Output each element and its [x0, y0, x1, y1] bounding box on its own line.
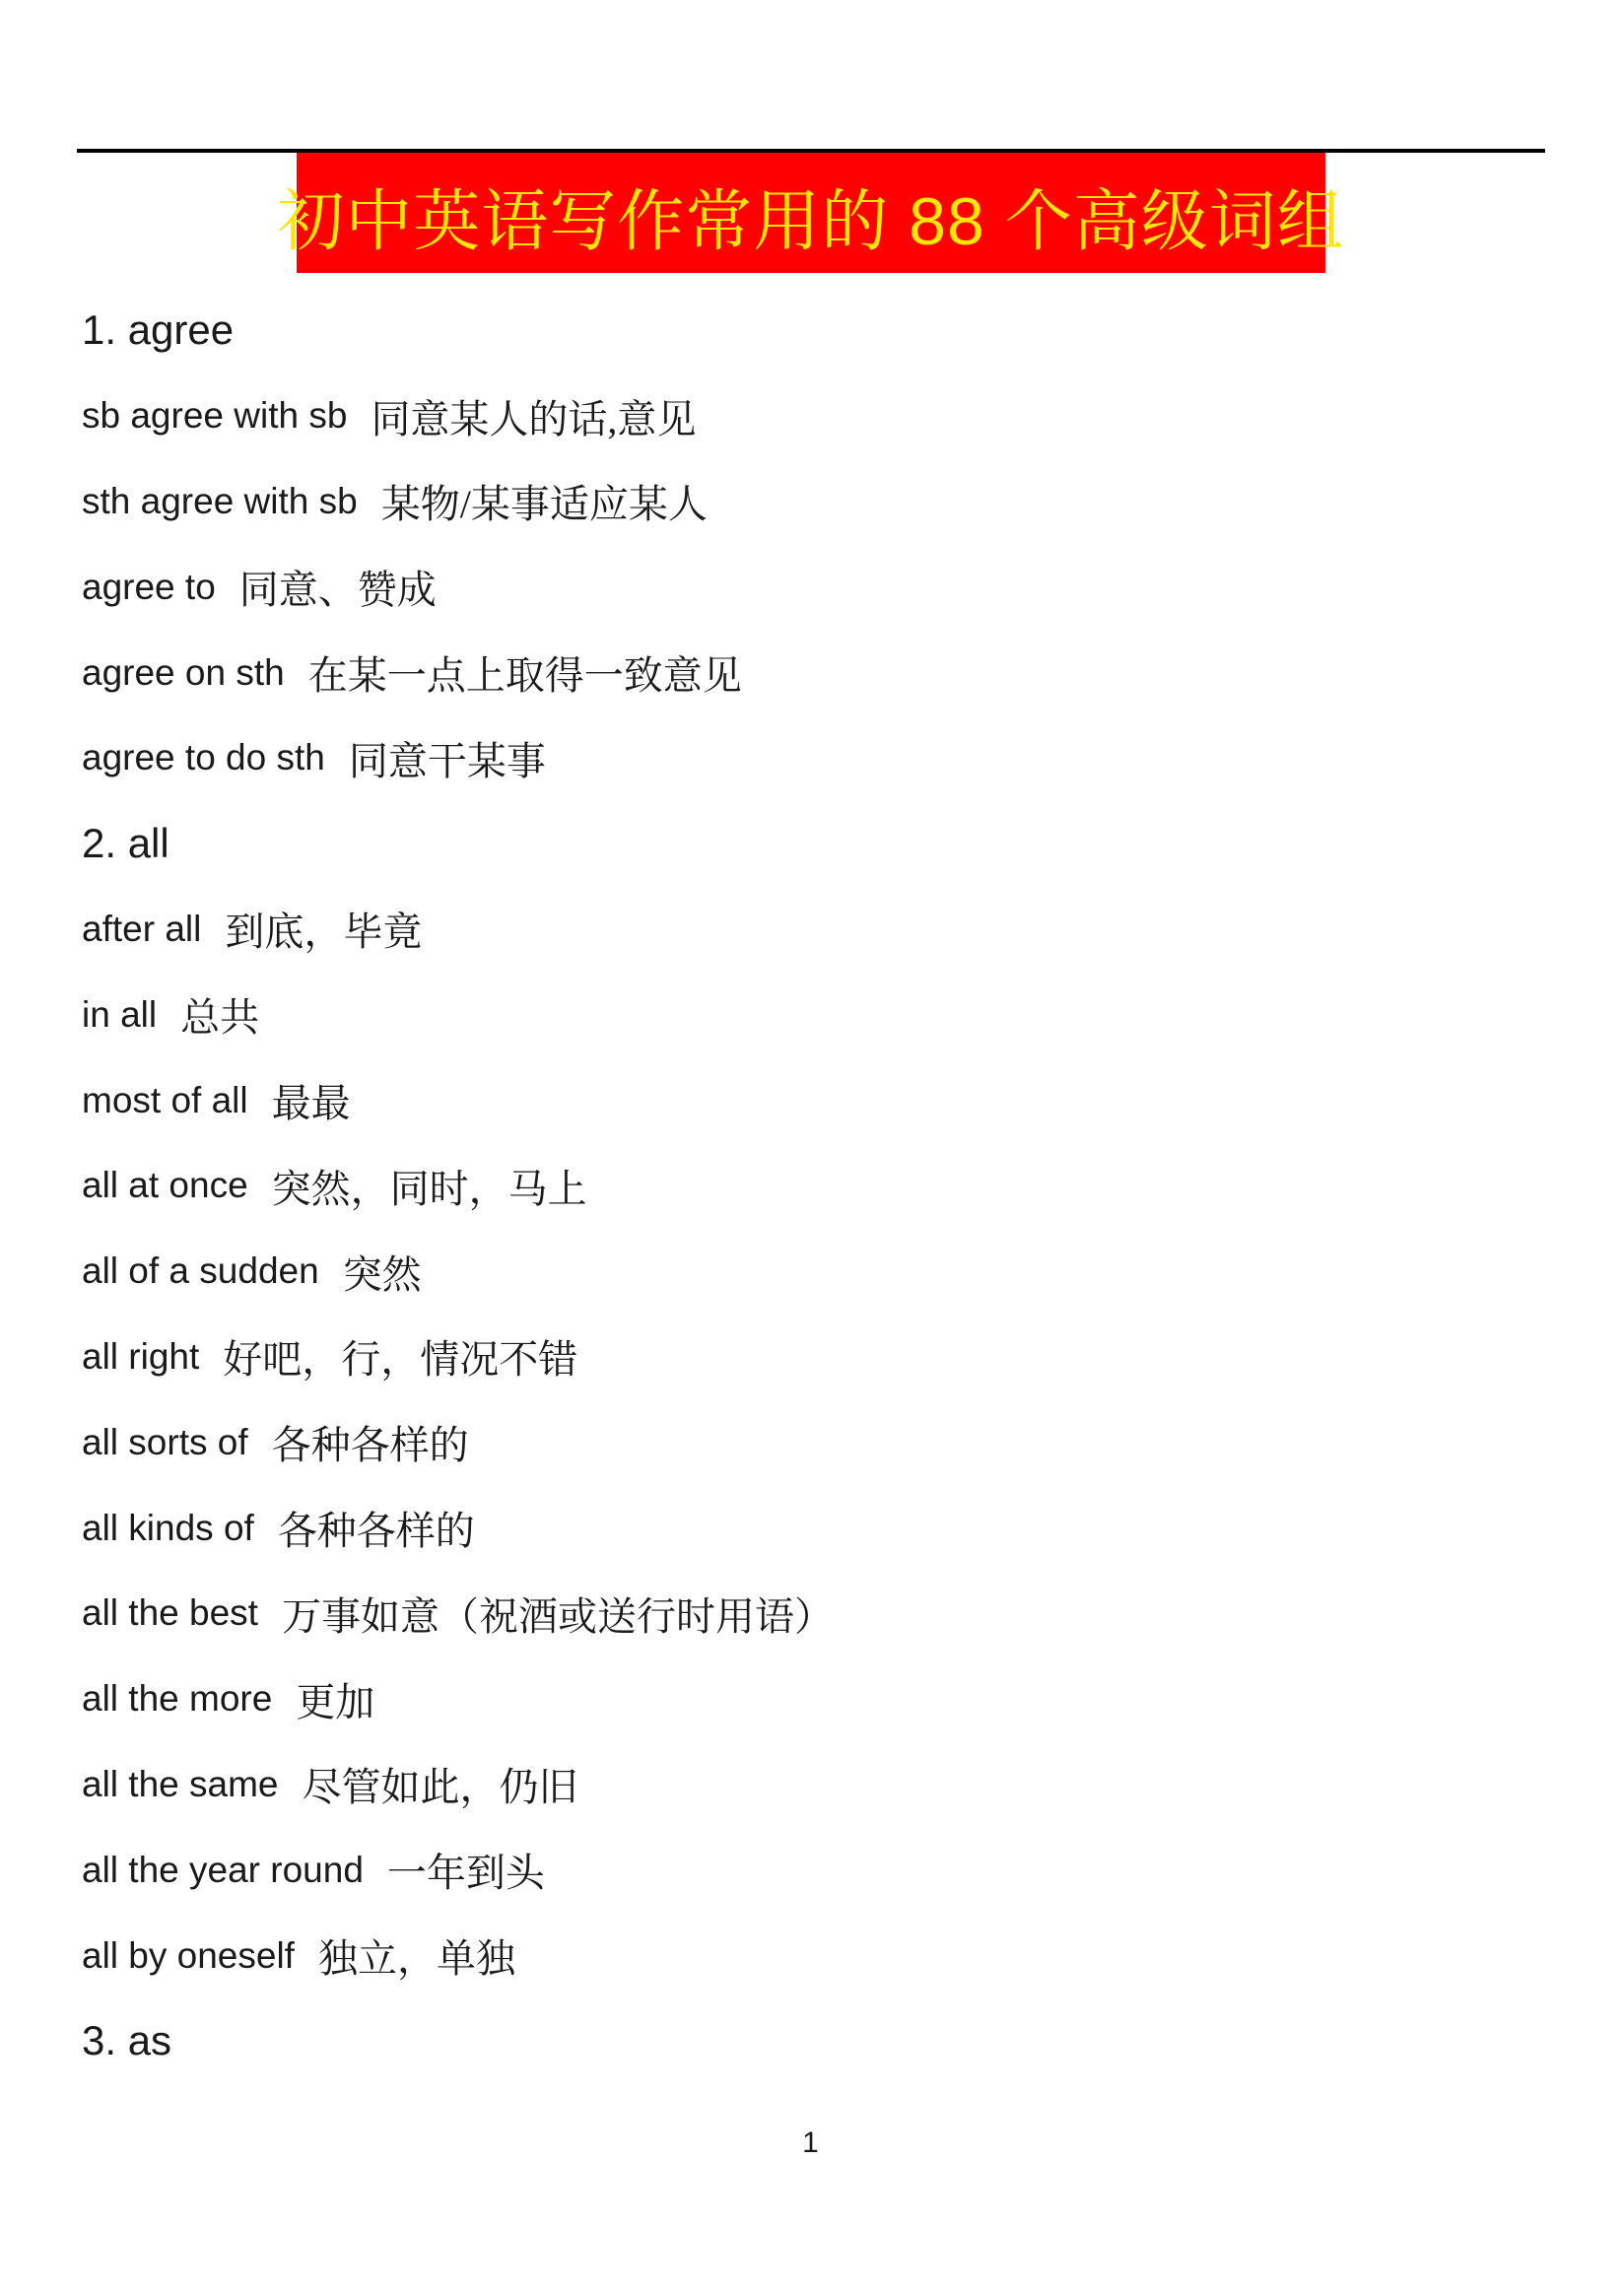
phrase-chinese: 某物/某事适应某人: [381, 473, 708, 529]
phrase-chinese: 到底，毕竟: [225, 901, 422, 957]
phrase-chinese: 同意干某事: [349, 730, 546, 786]
section-heading: 2. all: [82, 801, 1545, 887]
page-title: 初中英语写作常用的 88 个高级词组: [277, 169, 1344, 264]
phrase-chinese: 一年到头: [387, 1842, 545, 1898]
section-heading: 3. as: [82, 1998, 1545, 2084]
title-banner: 初中英语写作常用的 88 个高级词组: [297, 153, 1325, 273]
phrase-chinese: 独立，单独: [318, 1927, 515, 1984]
phrase-row: sth agree with sb某物/某事适应某人: [82, 459, 1545, 545]
phrase-chinese: 同意、赞成: [239, 559, 437, 615]
phrase-row: in all总共: [82, 972, 1545, 1057]
phrase-row: agree on sth在某一点上取得一致意见: [82, 630, 1545, 715]
phrase-chinese: 好吧，行，情况不错: [223, 1328, 577, 1384]
phrase-row: all the best万事如意（祝酒或送行时用语）: [82, 1571, 1545, 1656]
phrase-row: all of a sudden突然: [82, 1229, 1545, 1315]
phrase-english: all the more: [82, 1678, 272, 1720]
phrase-row: all the same尽管如此，仍旧: [82, 1742, 1545, 1828]
phrase-row: after all到底，毕竟: [82, 887, 1545, 973]
section-heading: 1. agree: [82, 288, 1545, 373]
phrase-row: all right好吧，行，情况不错: [82, 1315, 1545, 1400]
phrase-english: all by oneself: [82, 1935, 295, 1977]
phrase-english: agree on sth: [82, 652, 285, 694]
phrase-row: all kinds of各种各样的: [82, 1485, 1545, 1571]
phrase-row: all the year round一年到头: [82, 1827, 1545, 1913]
phrase-english: all kinds of: [82, 1508, 254, 1549]
phrase-row: all by oneself独立，单独: [82, 1913, 1545, 1998]
phrase-english: all sorts of: [82, 1422, 248, 1463]
phrase-chinese: 更加: [296, 1671, 374, 1727]
phrase-chinese: 同意某人的话,意见: [371, 388, 696, 444]
phrase-english: agree to do sth: [82, 737, 325, 778]
page-number: 1: [0, 2127, 1621, 2160]
phrase-chinese: 最最: [272, 1072, 351, 1128]
phrase-row: agree to do sth同意干某事: [82, 715, 1545, 801]
phrase-chinese: 突然: [343, 1244, 422, 1300]
phrase-english: sb agree with sb: [82, 395, 347, 437]
phrase-english: after all: [82, 909, 201, 950]
phrase-chinese: 万事如意（祝酒或送行时用语）: [282, 1586, 834, 1642]
phrase-english: most of all: [82, 1080, 248, 1121]
phrase-row: all at once突然，同时，马上: [82, 1143, 1545, 1229]
phrase-row: most of all最最: [82, 1057, 1545, 1143]
phrase-english: agree to: [82, 567, 216, 608]
document-page: 初中英语写作常用的 88 个高级词组 1. agreesb agree with…: [0, 0, 1621, 2296]
phrase-row: agree to同意、赞成: [82, 544, 1545, 630]
phrase-english: all the best: [82, 1592, 258, 1634]
phrase-chinese: 总共: [180, 986, 259, 1043]
phrase-english: sth agree with sb: [82, 481, 358, 522]
phrase-chinese: 尽管如此，仍旧: [303, 1756, 578, 1812]
phrase-row: all sorts of各种各样的: [82, 1399, 1545, 1485]
phrase-english: all at once: [82, 1165, 248, 1206]
phrase-row: all the more更加: [82, 1656, 1545, 1742]
phrase-english: all right: [82, 1336, 199, 1378]
phrase-chinese: 各种各样的: [272, 1414, 469, 1470]
phrase-chinese: 突然，同时，马上: [272, 1158, 587, 1214]
phrase-english: all the year round: [82, 1850, 364, 1891]
phrase-row: sb agree with sb同意某人的话,意见: [82, 373, 1545, 459]
phrase-english: all the same: [82, 1764, 279, 1805]
phrase-english: all of a sudden: [82, 1250, 319, 1292]
phrase-chinese: 各种各样的: [278, 1500, 475, 1556]
phrase-english: in all: [82, 994, 157, 1036]
phrase-chinese: 在某一点上取得一致意见: [308, 644, 742, 701]
phrase-list: 1. agreesb agree with sb同意某人的话,意见sth agr…: [82, 288, 1545, 2084]
